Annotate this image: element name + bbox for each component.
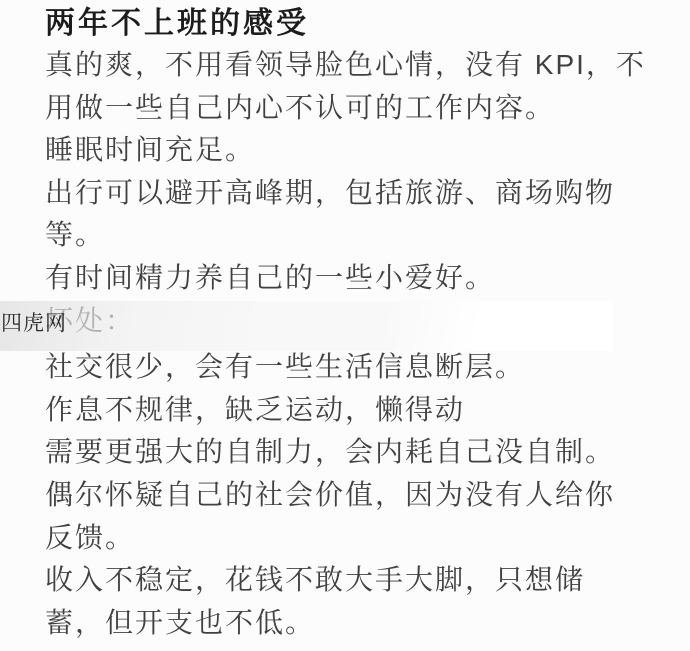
cons-line-2: 作息不规律，缺乏运动，懒得动 [45, 389, 690, 432]
pros-line-3: 睡眠时间充足。 [45, 129, 690, 172]
pros-line-5: 等。 [45, 214, 690, 257]
post-body: 两年不上班的感受 真的爽，不用看领导脸色心情，没有 KPI，不 用做一些自己内心… [45, 0, 690, 644]
site-watermark: 四虎网 [1, 311, 67, 337]
cons-line-5: 反馈。 [45, 517, 690, 560]
cons-line-4: 偶尔怀疑自己的社会价值，因为没有人给你 [45, 474, 690, 517]
post-canvas: 四虎网 两年不上班的感受 真的爽，不用看领导脸色心情，没有 KPI，不 用做一些… [0, 0, 690, 651]
pros-line-1: 真的爽，不用看领导脸色心情，没有 KPI，不 [45, 44, 690, 87]
pros-line-4: 出行可以避开高峰期，包括旅游、商场购物 [45, 172, 690, 215]
cons-line-6: 收入不稳定，花钱不敢大手大脚，只想储 [45, 559, 690, 602]
cons-line-7: 蓄，但开支也不低。 [45, 602, 690, 645]
cons-heading: 坏处： [45, 300, 690, 343]
cons-line-3: 需要更强大的自制力，会内耗自己没自制。 [45, 431, 690, 474]
pros-line-6: 有时间精力养自己的一些小爱好。 [45, 257, 690, 300]
post-title: 两年不上班的感受 [45, 0, 690, 44]
cons-line-1: 社交很少，会有一些生活信息断层。 [45, 346, 690, 389]
pros-line-2: 用做一些自己内心不认可的工作内容。 [45, 87, 690, 130]
